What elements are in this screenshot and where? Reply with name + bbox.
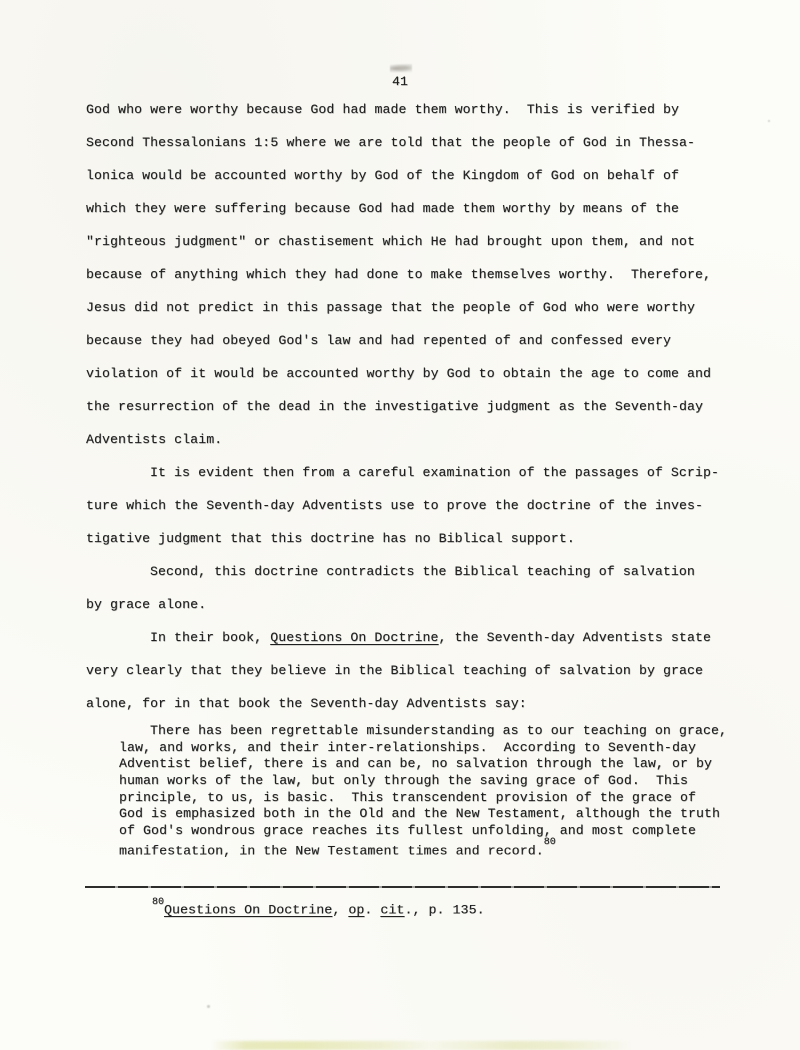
typed-line: ture which the Seventh-day Adventists us… — [86, 489, 746, 522]
typed-line: of God's wondrous grace reaches its full… — [119, 823, 746, 840]
scan-stain — [212, 1041, 632, 1050]
underlined-book-title: Questions On Doctrine — [270, 630, 438, 645]
footnote-separator — [85, 886, 720, 888]
typed-line: Second Thessalonians 1:5 where we are to… — [86, 126, 746, 159]
text-segment: manifestation, in the New Testament time… — [119, 843, 544, 858]
typed-line: which they were suffering because God ha… — [86, 192, 746, 225]
block-quote: There has been regrettable misunderstand… — [119, 723, 746, 857]
typed-line: violation of it would be accounted worth… — [86, 357, 746, 390]
typed-line: Jesus did not predict in this passage th… — [86, 291, 746, 324]
text-segment: , the Seventh-day Adventists state — [439, 630, 711, 645]
paragraph-evident: It is evident then from a careful examin… — [86, 456, 746, 555]
typed-line: the resurrection of the dead in the inve… — [86, 390, 746, 423]
document-page: 41 God who were worthy because God had m… — [0, 0, 800, 1050]
typed-line: by grace alone. — [86, 588, 746, 621]
typed-line: God is emphasized both in the Old and th… — [119, 806, 746, 823]
text-segment: , — [332, 902, 348, 917]
footnote-reference: 80 — [544, 837, 556, 848]
underlined-cit: cit — [380, 902, 404, 917]
typed-line: human works of the law, but only through… — [119, 773, 746, 790]
typed-line: Second, this doctrine contradicts the Bi… — [86, 555, 746, 588]
scan-speck — [768, 120, 770, 122]
typed-line: principle, to us, is basic. This transce… — [119, 790, 746, 807]
typed-line: In their book, Questions On Doctrine, th… — [86, 621, 746, 654]
paragraph-second: Second, this doctrine contradicts the Bi… — [86, 555, 746, 621]
typed-line: "righteous judgment" or chastisement whi… — [86, 225, 746, 258]
typed-line: It is evident then from a careful examin… — [86, 456, 746, 489]
scan-speck — [207, 1005, 210, 1008]
footnote-marker: 80 — [152, 897, 164, 908]
paragraph-continued: God who were worthy because God had made… — [86, 93, 746, 456]
typed-line: tigative judgment that this doctrine has… — [86, 522, 746, 555]
typed-line: Adventist belief, there is and can be, n… — [119, 756, 746, 773]
body-text: God who were worthy because God had made… — [86, 93, 746, 857]
underlined-op: op — [348, 902, 364, 917]
underlined-book-title: Questions On Doctrine — [164, 902, 332, 917]
typed-line: There has been regrettable misunderstand… — [119, 723, 746, 740]
paragraph-in-their-book: In their book, Questions On Doctrine, th… — [86, 621, 746, 720]
text-segment: . — [364, 902, 380, 917]
typed-line: manifestation, in the New Testament time… — [119, 840, 746, 857]
typed-line: Adventists claim. — [86, 423, 746, 456]
scan-smudge — [390, 64, 412, 73]
typed-line: very clearly that they believe in the Bi… — [86, 654, 746, 687]
typed-line: alone, for in that book the Seventh-day … — [86, 687, 746, 720]
typed-line: lonica would be accounted worthy by God … — [86, 159, 746, 192]
text-segment: In their book, — [150, 630, 270, 645]
typed-line: God who were worthy because God had made… — [86, 93, 746, 126]
typed-line: law, and works, and their inter-relation… — [119, 740, 746, 757]
typed-line: because of anything which they had done … — [86, 258, 746, 291]
footnote: 80Questions On Doctrine, op. cit., p. 13… — [152, 901, 485, 917]
text-segment: ., p. 135. — [404, 902, 484, 917]
typed-line: because they had obeyed God's law and ha… — [86, 324, 746, 357]
page-number: 41 — [0, 74, 800, 89]
